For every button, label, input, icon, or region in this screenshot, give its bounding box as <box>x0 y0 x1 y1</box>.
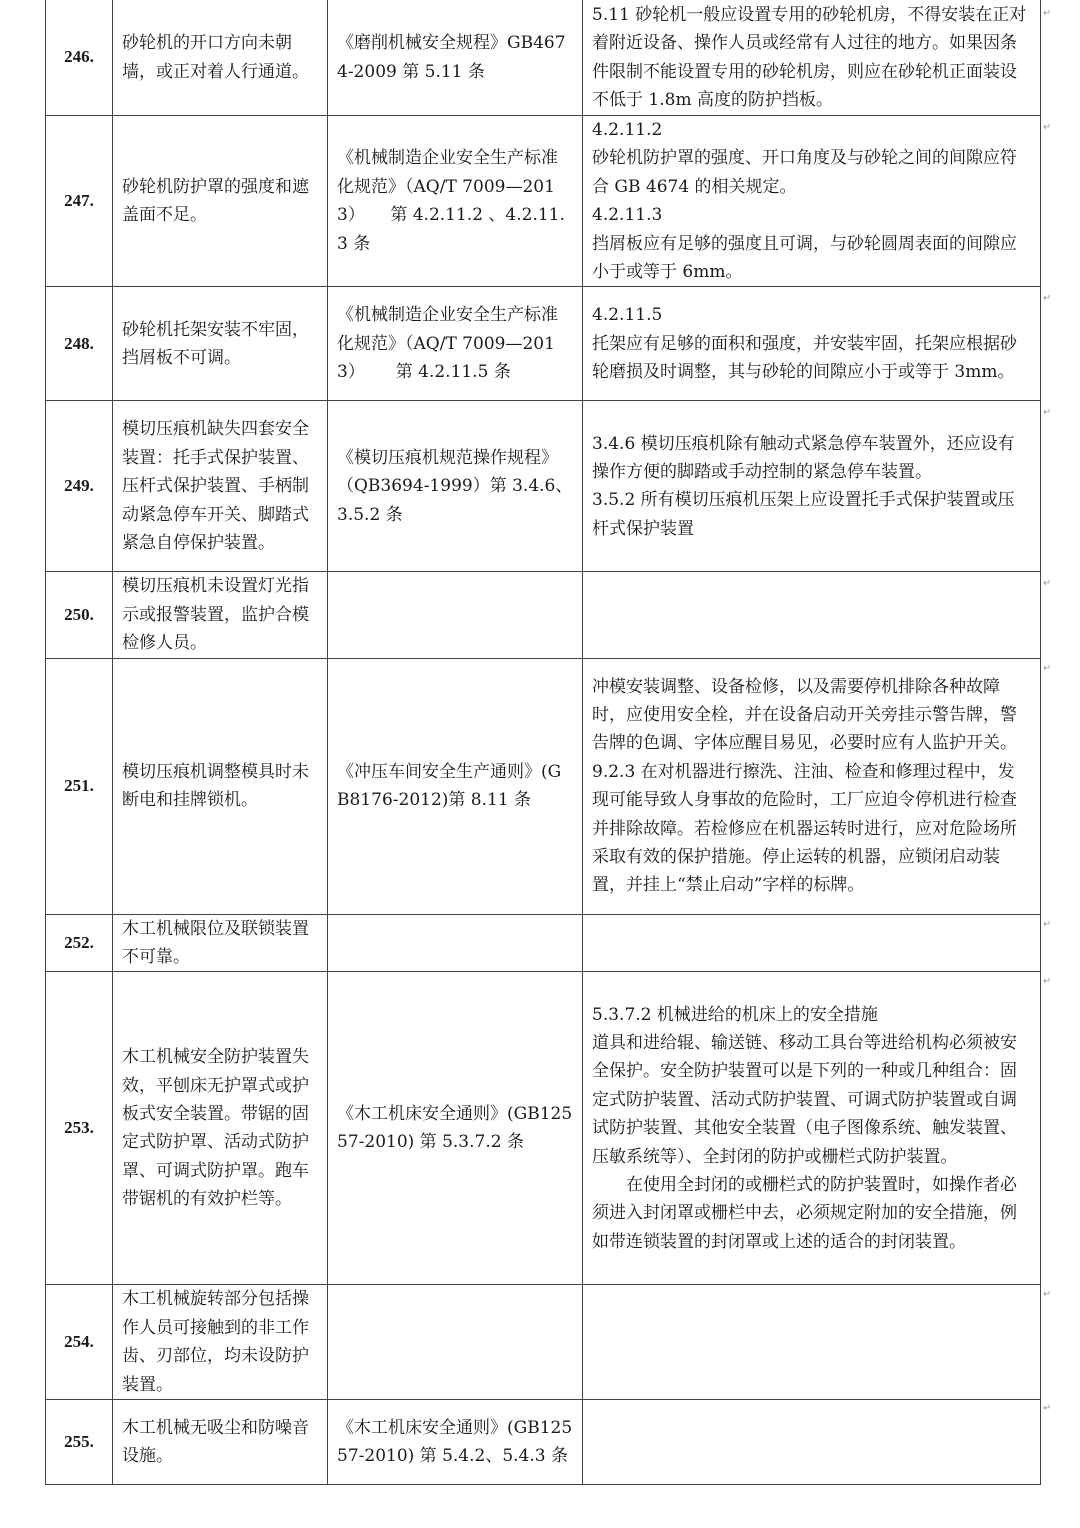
table-row: 254. 木工机械旋转部分包括操作人员可接触到的非工作齿、刃部位，均未设防护装置… <box>46 1285 1041 1400</box>
paragraph-mark-icon: ↵ <box>1043 663 1051 674</box>
paragraph-mark-icon: ↵ <box>1043 122 1051 133</box>
regulation-requirement <box>583 1285 1041 1400</box>
row-number: 249. <box>46 401 113 572</box>
row-number: 252. <box>46 914 113 972</box>
table-row: 252. 木工机械限位及联锁装置不可靠。 <box>46 914 1041 972</box>
row-number: 255. <box>46 1400 113 1485</box>
regulation-requirement: 冲模安装调整、设备检修，以及需要停机排除各种故障时，应使用安全栓，并在设备启动开… <box>583 658 1041 914</box>
row-number: 254. <box>46 1285 113 1400</box>
regulation-basis: 《机械制造企业安全生产标准化规范》（AQ/T 7009—2013） 第 4.2.… <box>328 116 583 287</box>
hazard-table: 246. 砂轮机的开口方向未朝墙，或正对着人行通道。 《磨削机械安全规程》GB4… <box>45 0 1041 1485</box>
row-number: 253. <box>46 972 113 1285</box>
paragraph-mark-icon: ↵ <box>1043 1289 1051 1300</box>
requirement-text: 道具和进给辊、输送链、移动工具台等进给机构必须被安全保护。安全防护装置可以是下列… <box>592 1029 1031 1171</box>
regulation-basis: 《木工机床安全通则》(GB12557-2010) 第 5.3.7.2 条 <box>328 972 583 1285</box>
regulation-requirement <box>583 914 1041 972</box>
regulation-basis <box>328 914 583 972</box>
regulation-requirement: 5.3.7.2 机械进给的机床上的安全措施 道具和进给辊、输送链、移动工具台等进… <box>583 972 1041 1285</box>
row-number: 248. <box>46 287 113 401</box>
regulation-requirement <box>583 1400 1041 1485</box>
row-number: 246. <box>46 0 113 116</box>
regulation-basis: 《磨削机械安全规程》GB4674-2009 第 5.11 条 <box>328 0 583 116</box>
table-row: 255. 木工机械无吸尘和防噪音设施。 《木工机床安全通则》(GB12557-2… <box>46 1400 1041 1485</box>
paragraph-mark-icon: ↵ <box>1043 293 1051 304</box>
hazard-description: 砂轮机防护罩的强度和遮盖面不足。 <box>113 116 328 287</box>
regulation-requirement: 3.4.6 模切压痕机除有触动式紧急停车装置外，还应设有操作方便的脚踏或手动控制… <box>583 401 1041 572</box>
regulation-basis <box>328 572 583 658</box>
hazard-description: 砂轮机的开口方向未朝墙，或正对着人行通道。 <box>113 0 328 116</box>
row-number: 251. <box>46 658 113 914</box>
table-row: 250. 模切压痕机未设置灯光指示或报警装置，监护合模检修人员。 <box>46 572 1041 658</box>
table-row: 251. 模切压痕机调整模具时未断电和挂牌锁机。 《冲压车间安全生产通则》(GB… <box>46 658 1041 914</box>
hazard-description: 模切压痕机未设置灯光指示或报警装置，监护合模检修人员。 <box>113 572 328 658</box>
paragraph-mark-icon: ↵ <box>1043 919 1051 930</box>
paragraph-mark-icon: ↵ <box>1043 8 1051 19</box>
hazard-description: 木工机械无吸尘和防噪音设施。 <box>113 1400 328 1485</box>
requirement-text: 托架应有足够的面积和强度，并安装牢固，托架应根据砂轮磨损及时调整，其与砂轮的间隙… <box>592 330 1031 387</box>
clause-number: 4.2.11.3 <box>592 201 1031 229</box>
clause-number: 4.2.11.5 <box>592 301 1031 329</box>
hazard-description: 木工机械限位及联锁装置不可靠。 <box>113 914 328 972</box>
regulation-requirement: 5.11 砂轮机一般应设置专用的砂轮机房，不得安装在正对着附近设备、操作人员或经… <box>583 0 1041 116</box>
paragraph-mark-icon: ↵ <box>1043 1403 1051 1414</box>
table-row: 247. 砂轮机防护罩的强度和遮盖面不足。 《机械制造企业安全生产标准化规范》（… <box>46 116 1041 287</box>
hazard-description: 砂轮机托架安装不牢固，挡屑板不可调。 <box>113 287 328 401</box>
hazard-description: 模切压痕机调整模具时未断电和挂牌锁机。 <box>113 658 328 914</box>
regulation-requirement: 4.2.11.5 托架应有足够的面积和强度，并安装牢固，托架应根据砂轮磨损及时调… <box>583 287 1041 401</box>
table-row: 253. 木工机械安全防护装置失效，平刨床无护罩式或护板式安全装置。带锯的固定式… <box>46 972 1041 1285</box>
regulation-basis: 《模切压痕机规范操作规程》（QB3694-1999）第 3.4.6、3.5.2 … <box>328 401 583 572</box>
table-row: 246. 砂轮机的开口方向未朝墙，或正对着人行通道。 《磨削机械安全规程》GB4… <box>46 0 1041 116</box>
requirement-text: 挡屑板应有足够的强度且可调，与砂轮圆周表面的间隙应小于或等于 6mm。 <box>592 230 1031 287</box>
regulation-basis <box>328 1285 583 1400</box>
requirement-text: 5.11 砂轮机一般应设置专用的砂轮机房，不得安装在正对着附近设备、操作人员或经… <box>592 1 1031 115</box>
regulation-basis: 《木工机床安全通则》(GB12557-2010) 第 5.4.2、5.4.3 条 <box>328 1400 583 1485</box>
hazard-description: 木工机械旋转部分包括操作人员可接触到的非工作齿、刃部位，均未设防护装置。 <box>113 1285 328 1400</box>
hazard-description: 模切压痕机缺失四套安全装置：托手式保护装置、压杆式保护装置、手柄制动紧急停车开关… <box>113 401 328 572</box>
regulation-basis: 《冲压车间安全生产通则》(GB8176-2012)第 8.11 条 <box>328 658 583 914</box>
hazard-description: 木工机械安全防护装置失效，平刨床无护罩式或护板式安全装置。带锯的固定式防护罩、活… <box>113 972 328 1285</box>
paragraph-mark-icon: ↵ <box>1043 407 1051 418</box>
paragraph-mark-icon: ↵ <box>1043 976 1051 987</box>
regulation-requirement: 4.2.11.2 砂轮机防护罩的强度、开口角度及与砂轮之间的间隙应符合 GB 4… <box>583 116 1041 287</box>
clause-number: 4.2.11.2 <box>592 116 1031 144</box>
regulation-basis: 《机械制造企业安全生产标准化规范》（AQ/T 7009—2013） 第 4.2.… <box>328 287 583 401</box>
requirement-text: 冲模安装调整、设备检修，以及需要停机排除各种故障时，应使用安全栓，并在设备启动开… <box>592 673 1031 900</box>
requirement-text: 3.4.6 模切压痕机除有触动式紧急停车装置外，还应设有操作方便的脚踏或手动控制… <box>592 430 1031 487</box>
requirement-text: 在使用全封闭的或栅栏式的防护装置时，如操作者必须进入封闭罩或栅栏中去，必须规定附… <box>592 1171 1031 1256</box>
table-row: 248. 砂轮机托架安装不牢固，挡屑板不可调。 《机械制造企业安全生产标准化规范… <box>46 287 1041 401</box>
paragraph-mark-icon: ↵ <box>1043 578 1051 589</box>
row-number: 250. <box>46 572 113 658</box>
table-row: 249. 模切压痕机缺失四套安全装置：托手式保护装置、压杆式保护装置、手柄制动紧… <box>46 401 1041 572</box>
requirement-text: 3.5.2 所有模切压痕机压架上应设置托手式保护装置或压杆式保护装置 <box>592 486 1031 543</box>
clause-heading: 5.3.7.2 机械进给的机床上的安全措施 <box>592 1001 1031 1029</box>
requirement-text: 砂轮机防护罩的强度、开口角度及与砂轮之间的间隙应符合 GB 4674 的相关规定… <box>592 144 1031 201</box>
row-number: 247. <box>46 116 113 287</box>
regulation-requirement <box>583 572 1041 658</box>
